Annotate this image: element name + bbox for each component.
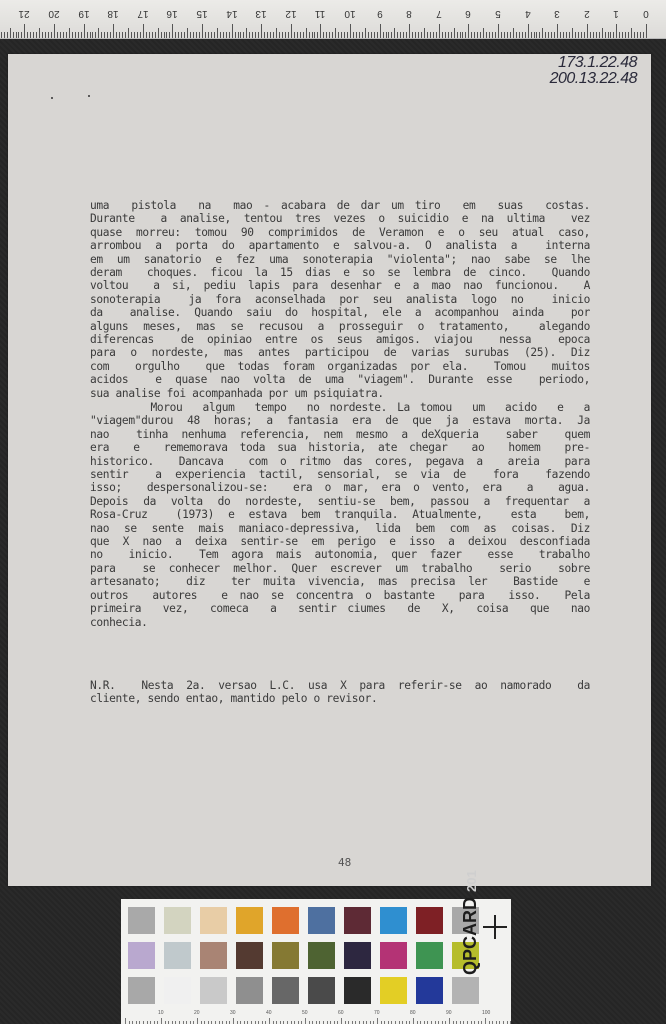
- ruler-tick: [551, 32, 552, 38]
- ruler-tick: [593, 32, 594, 38]
- text-line: uma pistola na mao - acabara de dar um t…: [90, 199, 590, 212]
- ruler-tick: [279, 32, 280, 38]
- ruler-tick: [415, 32, 416, 38]
- ruler-tick: [300, 32, 301, 38]
- ruler-tick: [45, 32, 46, 38]
- ruler-label: 6: [458, 8, 478, 19]
- archive-code: 173.1.22.48 200.13.22.48: [550, 55, 637, 87]
- ruler-tick: [359, 32, 360, 38]
- ruler-tick: [220, 32, 221, 38]
- ruler-tick: [119, 32, 120, 38]
- text-line: que X nao a deixa sentir-se em perigo e …: [90, 535, 590, 548]
- ruler-tick: [483, 28, 484, 38]
- color-swatch: [380, 977, 407, 1004]
- ruler-tick: [110, 32, 111, 38]
- ruler-label: 12: [281, 8, 301, 19]
- ruler-tick: [178, 32, 179, 38]
- ruler-tick: [569, 32, 570, 38]
- ruler-label: 0: [636, 8, 656, 19]
- ruler-tick: [243, 32, 244, 38]
- ruler-tick: [98, 28, 99, 38]
- ruler-label: 21: [14, 8, 34, 19]
- ruler-tick: [270, 32, 271, 38]
- ruler-tick: [27, 32, 28, 38]
- ruler-label: 7: [429, 8, 449, 19]
- ruler-tick: [539, 32, 540, 38]
- text-line: conhecia.: [90, 616, 590, 629]
- ruler-tick: [10, 28, 11, 38]
- ruler-tick: [205, 32, 206, 38]
- ruler-tick: [368, 32, 369, 38]
- ruler-tick: [51, 32, 52, 38]
- ruler-tick: [516, 32, 517, 38]
- ruler-tick: [329, 32, 330, 38]
- text-line: "viagem"durou 48 horas; a fantasia era d…: [90, 414, 590, 427]
- text-line: Rosa-Cruz (1973) e estava bem tranquila.…: [90, 508, 590, 521]
- ruler-tick: [181, 32, 182, 38]
- ruler-tick: [534, 32, 535, 38]
- ruler-tick: [211, 32, 212, 38]
- text-line: isso; despersonalizou-se: era o mar, era…: [90, 481, 590, 494]
- text-line: no inicio. Tem agora mais autonomia, que…: [90, 548, 590, 561]
- ruler-tick: [249, 32, 250, 38]
- ruler-label: 11: [310, 8, 330, 19]
- ruler-tick: [320, 24, 321, 38]
- document-page: 173.1.22.48 200.13.22.48 uma pistola na …: [8, 54, 651, 886]
- ruler-tick: [637, 32, 638, 38]
- ruler-tick: [581, 32, 582, 38]
- ruler-tick: [451, 32, 452, 38]
- ruler-tick: [288, 32, 289, 38]
- ruler-tick: [495, 32, 496, 38]
- ruler-tick: [199, 32, 200, 38]
- page-number: 48: [338, 856, 351, 869]
- ruler-tick: [161, 32, 162, 38]
- ruler-tick: [282, 32, 283, 38]
- text-line: alguns meses, mas se recusou a prossegui…: [90, 320, 590, 333]
- text-line: com orgulho que todas foram organizadas …: [90, 360, 590, 373]
- crosshair-icon: [483, 915, 507, 939]
- ruler-tick: [397, 32, 398, 38]
- text-line: diferencas de opiniao entre os seus amig…: [90, 333, 590, 346]
- ruler-tick: [202, 24, 203, 38]
- ruler-tick: [323, 32, 324, 38]
- ruler-tick: [418, 32, 419, 38]
- color-swatch: [200, 907, 227, 934]
- ruler-tick: [232, 24, 233, 38]
- ruler-tick: [39, 28, 40, 38]
- scale-label: 30: [230, 1010, 236, 1016]
- ruler-tick: [317, 32, 318, 38]
- ruler-tick: [267, 32, 268, 38]
- ruler-tick: [344, 32, 345, 38]
- ruler-tick: [146, 32, 147, 38]
- ruler-label: 4: [518, 8, 538, 19]
- color-swatch: [416, 907, 443, 934]
- scale-tick: [197, 1018, 198, 1024]
- ruler-tick: [152, 32, 153, 38]
- measurement-ruler: 0123456789101112131415161718192021: [0, 0, 666, 39]
- ruler-tick: [128, 28, 129, 38]
- ruler-tick: [489, 32, 490, 38]
- ruler-tick: [406, 32, 407, 38]
- ruler-tick: [264, 32, 265, 38]
- ruler-tick: [314, 32, 315, 38]
- scale-label: 100: [482, 1010, 490, 1016]
- ruler-label: 19: [74, 8, 94, 19]
- color-swatch: [416, 942, 443, 969]
- ruler-tick: [578, 32, 579, 38]
- ruler-tick: [421, 32, 422, 38]
- ruler-tick: [297, 32, 298, 38]
- ruler-tick: [365, 28, 366, 38]
- ruler-label: 8: [399, 8, 419, 19]
- color-swatch: [416, 977, 443, 1004]
- ruler-tick: [542, 28, 543, 38]
- ruler-tick: [75, 32, 76, 38]
- ruler-tick: [613, 32, 614, 38]
- ruler-tick: [628, 32, 629, 38]
- ruler-label: 1: [606, 8, 626, 19]
- ruler-tick: [57, 32, 58, 38]
- ruler-tick: [113, 24, 114, 38]
- text-line: em um sanatorio e fez uma sonoterapia "v…: [90, 253, 590, 266]
- ruler-tick: [66, 32, 67, 38]
- color-swatch: [344, 942, 371, 969]
- ruler-tick: [646, 24, 647, 38]
- ruler-label: 2: [577, 8, 597, 19]
- scale-label: 90: [446, 1010, 452, 1016]
- text-line: primeira vez, comeca a sentir ciumes de …: [90, 602, 590, 615]
- scale-tick: [377, 1018, 378, 1024]
- ruler-tick: [353, 32, 354, 38]
- scale-tick: [233, 1018, 234, 1024]
- ruler-tick: [72, 32, 73, 38]
- ruler-tick: [436, 32, 437, 38]
- ruler-tick: [258, 32, 259, 38]
- ruler-tick: [184, 32, 185, 38]
- ruler-tick: [125, 32, 126, 38]
- color-swatch: [272, 907, 299, 934]
- text-line: era e rememorava toda sua historia, ate …: [90, 441, 590, 454]
- ruler-tick: [69, 28, 70, 38]
- color-swatch: [308, 907, 335, 934]
- ruler-tick: [433, 32, 434, 38]
- ruler-tick: [391, 32, 392, 38]
- scale-tick: [413, 1018, 414, 1024]
- ruler-tick: [16, 32, 17, 38]
- ruler-tick: [7, 32, 8, 38]
- ruler-tick: [13, 32, 14, 38]
- ruler-tick: [246, 28, 247, 38]
- ruler-tick: [507, 32, 508, 38]
- ruler-tick: [519, 32, 520, 38]
- ruler-tick: [439, 24, 440, 38]
- text-line: N.R. Nesta 2a. versao L.C. usa X para re…: [90, 679, 590, 692]
- ruler-tick: [175, 32, 176, 38]
- color-swatch: [128, 977, 155, 1004]
- ruler-tick: [528, 24, 529, 38]
- ruler-tick: [255, 32, 256, 38]
- text-line: sua analise foi acompanhada por um psiqu…: [90, 387, 590, 400]
- color-swatch: [128, 907, 155, 934]
- ruler-tick: [388, 32, 389, 38]
- ruler-label: 16: [162, 8, 182, 19]
- color-swatch: [200, 942, 227, 969]
- text-line: para o nordeste, mas antes participou de…: [90, 346, 590, 359]
- brand-name: QPCARD: [460, 897, 480, 975]
- text-line: Durante a analise, tentou tres vezes o s…: [90, 212, 590, 225]
- color-calibration-card: [121, 899, 511, 1024]
- ruler-tick: [445, 32, 446, 38]
- ruler-tick: [545, 32, 546, 38]
- color-swatch: [380, 942, 407, 969]
- color-swatch: [272, 977, 299, 1004]
- ruler-tick: [640, 32, 641, 38]
- text-line: historico. Dancava com o ritmo das cores…: [90, 455, 590, 468]
- ruler-label: 13: [251, 8, 271, 19]
- color-swatch: [236, 977, 263, 1004]
- ruler-tick: [90, 32, 91, 38]
- color-swatch: [272, 942, 299, 969]
- ruler-tick: [386, 32, 387, 38]
- ruler-label: 5: [488, 8, 508, 19]
- brand-model: 201: [464, 870, 479, 892]
- ruler-tick: [208, 32, 209, 38]
- ruler-tick: [371, 32, 372, 38]
- ruler-tick: [196, 32, 197, 38]
- ruler-tick: [104, 32, 105, 38]
- ruler-tick: [492, 32, 493, 38]
- color-card-scale: 102030405060708090100: [121, 1010, 511, 1024]
- color-swatch: [380, 907, 407, 934]
- ruler-tick: [400, 32, 401, 38]
- ruler-tick: [1, 32, 2, 38]
- ruler-tick: [294, 32, 295, 38]
- ruler-tick: [424, 28, 425, 38]
- ruler-tick: [572, 28, 573, 38]
- punch-mark: [51, 97, 53, 99]
- color-card-brand: QPCARD 201: [460, 855, 481, 975]
- ruler-tick: [599, 32, 600, 38]
- ruler-tick: [92, 32, 93, 38]
- text-line: outros autores e nao se concentra o bast…: [90, 589, 590, 602]
- color-swatch: [344, 907, 371, 934]
- ruler-tick: [587, 24, 588, 38]
- ruler-tick: [332, 32, 333, 38]
- ruler-tick: [261, 24, 262, 38]
- scale-tick: [341, 1018, 342, 1024]
- color-swatch: [452, 977, 479, 1004]
- ruler-tick: [187, 28, 188, 38]
- ruler-tick: [18, 32, 19, 38]
- color-swatch: [164, 942, 191, 969]
- ruler-tick: [30, 32, 31, 38]
- ruler-tick: [87, 32, 88, 38]
- ruler-tick: [140, 32, 141, 38]
- ruler-tick: [605, 32, 606, 38]
- ruler-label: 18: [103, 8, 123, 19]
- ruler-tick: [122, 32, 123, 38]
- ruler-tick: [498, 24, 499, 38]
- scale-label: 60: [338, 1010, 344, 1016]
- ruler-tick: [4, 32, 5, 38]
- ruler-tick: [474, 32, 475, 38]
- ruler-tick: [291, 24, 292, 38]
- ruler-tick: [193, 32, 194, 38]
- text-line: deram choques. ficou la 15 dias e so se …: [90, 266, 590, 279]
- paragraph-2: Morou algum tempo no nordeste. La tomou …: [90, 401, 590, 629]
- scale-tick: [449, 1018, 450, 1024]
- ruler-tick: [427, 32, 428, 38]
- ruler-tick: [480, 32, 481, 38]
- scale-label: 10: [158, 1010, 164, 1016]
- color-swatch: [164, 977, 191, 1004]
- text-line: sentir a experiencia tactil, sensorial, …: [90, 468, 590, 481]
- scale-label: 80: [410, 1010, 416, 1016]
- ruler-tick: [377, 32, 378, 38]
- ruler-tick: [394, 28, 395, 38]
- ruler-tick: [409, 24, 410, 38]
- scale-tick: [305, 1018, 306, 1024]
- ruler-tick: [172, 24, 173, 38]
- ruler-tick: [306, 28, 307, 38]
- ruler-tick: [48, 32, 49, 38]
- scale-tick: [485, 1018, 486, 1024]
- ruler-tick: [510, 32, 511, 38]
- ruler-tick: [430, 32, 431, 38]
- ruler-label: 3: [547, 8, 567, 19]
- ruler-tick: [622, 32, 623, 38]
- text-line: voltou a si, pediu lapis para desenhar e…: [90, 279, 590, 292]
- scale-label: 40: [266, 1010, 272, 1016]
- ruler-tick: [42, 32, 43, 38]
- ruler-tick: [303, 32, 304, 38]
- ruler-tick: [590, 32, 591, 38]
- ruler-tick: [362, 32, 363, 38]
- scale-label: 20: [194, 1010, 200, 1016]
- ruler-label: 14: [222, 8, 242, 19]
- text-line: arrombou a porta do apartamento e salvou…: [90, 239, 590, 252]
- ruler-tick: [513, 28, 514, 38]
- ruler-tick: [460, 32, 461, 38]
- ruler-tick: [471, 32, 472, 38]
- ruler-tick: [63, 32, 64, 38]
- ruler-tick: [158, 28, 159, 38]
- ruler-tick: [634, 32, 635, 38]
- ruler-tick: [335, 28, 336, 38]
- text-line: quase morreu: tomou 90 comprimidos de Ve…: [90, 226, 590, 239]
- ruler-tick: [412, 32, 413, 38]
- text-line: artesanato; diz ter muita vivencia, mas …: [90, 575, 590, 588]
- ruler-tick: [341, 32, 342, 38]
- ruler-tick: [33, 32, 34, 38]
- ruler-tick: [252, 32, 253, 38]
- ruler-label: 9: [370, 8, 390, 19]
- color-swatch: [344, 977, 371, 1004]
- ruler-tick: [223, 32, 224, 38]
- ruler-tick: [350, 24, 351, 38]
- ruler-tick: [468, 24, 469, 38]
- ruler-tick: [217, 28, 218, 38]
- ruler-tick: [486, 32, 487, 38]
- ruler-tick: [602, 28, 603, 38]
- ruler-tick: [238, 32, 239, 38]
- ruler-tick: [137, 32, 138, 38]
- ruler-tick: [155, 32, 156, 38]
- ruler-tick: [134, 32, 135, 38]
- ruler-tick: [24, 24, 25, 38]
- ruler-tick: [309, 32, 310, 38]
- ruler-tick: [560, 32, 561, 38]
- text-line: cliente, sendo entao, mantido pelo o rev…: [90, 692, 590, 705]
- ruler-tick: [643, 32, 644, 38]
- ruler-tick: [504, 32, 505, 38]
- ruler-tick: [536, 32, 537, 38]
- ruler-tick: [608, 32, 609, 38]
- color-swatch: [308, 977, 335, 1004]
- paragraph-1: uma pistola na mao - acabara de dar um t…: [90, 199, 590, 400]
- ruler-tick: [95, 32, 96, 38]
- ruler-tick: [616, 24, 617, 38]
- ruler-tick: [131, 32, 132, 38]
- color-swatch: [164, 907, 191, 934]
- archive-code-line-1: 173.1.22.48: [550, 55, 637, 71]
- editor-note: N.R. Nesta 2a. versao L.C. usa X para re…: [90, 679, 590, 706]
- ruler-tick: [584, 32, 585, 38]
- ruler-tick: [36, 32, 37, 38]
- scale-tick: [125, 1018, 126, 1024]
- ruler-tick: [548, 32, 549, 38]
- ruler-tick: [326, 32, 327, 38]
- ruler-tick: [454, 28, 455, 38]
- text-line: da analise. Quando saiu do hospital, ele…: [90, 306, 590, 319]
- ruler-tick: [21, 32, 22, 38]
- ruler-tick: [356, 32, 357, 38]
- ruler-tick: [619, 32, 620, 38]
- scale-label: 70: [374, 1010, 380, 1016]
- ruler-tick: [554, 32, 555, 38]
- ruler-tick: [84, 24, 85, 38]
- ruler-tick: [169, 32, 170, 38]
- ruler-tick: [149, 32, 150, 38]
- ruler-tick: [116, 32, 117, 38]
- ruler-tick: [374, 32, 375, 38]
- ruler-tick: [338, 32, 339, 38]
- ruler-tick: [383, 32, 384, 38]
- ruler-tick: [143, 24, 144, 38]
- scale-tick: [161, 1018, 162, 1024]
- text-line: sonoterapia ja fora aconselhada por seu …: [90, 293, 590, 306]
- ruler-label: 10: [340, 8, 360, 19]
- ruler-tick: [448, 32, 449, 38]
- ruler-tick: [81, 32, 82, 38]
- ruler-label: 15: [192, 8, 212, 19]
- ruler-tick: [631, 28, 632, 38]
- ruler-tick: [525, 32, 526, 38]
- ruler-tick: [235, 32, 236, 38]
- ruler-tick: [557, 24, 558, 38]
- punch-mark: [88, 95, 90, 97]
- ruler-label: 17: [133, 8, 153, 19]
- ruler-tick: [60, 32, 61, 38]
- ruler-tick: [285, 32, 286, 38]
- text-line: nao tinha nenhuma referencia, nem mesmo …: [90, 428, 590, 441]
- ruler-tick: [312, 32, 313, 38]
- ruler-tick: [276, 28, 277, 38]
- archive-code-line-2: 200.13.22.48: [550, 71, 637, 87]
- ruler-tick: [563, 32, 564, 38]
